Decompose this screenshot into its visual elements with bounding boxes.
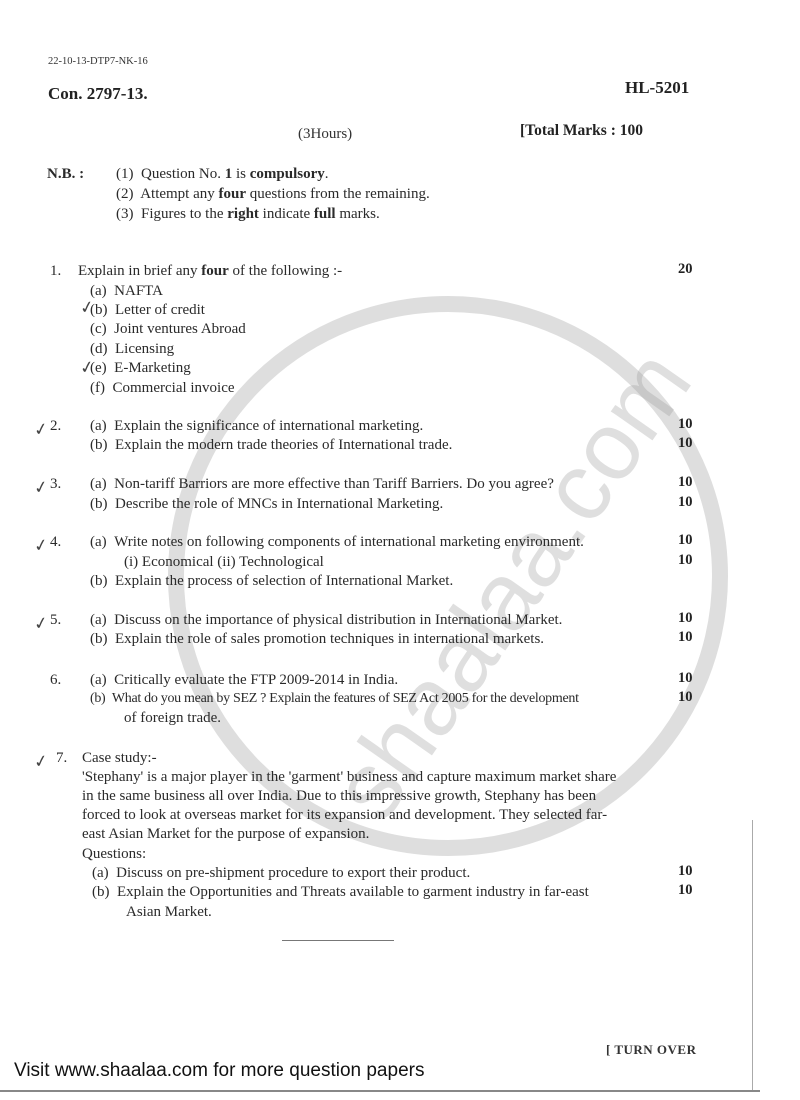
turn-over-label: [ TURN OVER: [606, 1042, 697, 1058]
handwritten-tick-icon: ✓: [32, 751, 50, 773]
item-label: (b): [90, 496, 108, 512]
question-1-item-c: (c) Joint ventures Abroad: [90, 321, 246, 338]
question-5b: (b) Explain the role of sales promotion …: [90, 631, 544, 648]
nb-text: questions from the remaining.: [246, 186, 430, 202]
nb-item-num: (1): [116, 166, 134, 182]
question-4a-marks: 10: [678, 532, 693, 549]
question-3b: (b) Describe the role of MNCs in Interna…: [90, 496, 443, 513]
question-1-marks: 20: [678, 261, 693, 278]
question-1-item-b: (b) Letter of credit: [90, 302, 205, 319]
question-5a: (a) Discuss on the importance of physica…: [90, 612, 562, 629]
question-7a-marks: 10: [678, 863, 693, 880]
nb-item-num: (2): [116, 186, 134, 202]
question-6-number: 6.: [50, 672, 61, 689]
item-text: Discuss on the importance of physical di…: [114, 612, 562, 628]
question-5-number: 5.: [50, 612, 61, 629]
item-label: (b): [90, 573, 108, 589]
exam-duration: (3Hours): [298, 126, 352, 143]
item-label: (b): [90, 437, 108, 453]
item-text: What do you mean by SEZ ? Explain the fe…: [112, 691, 579, 706]
question-6a-marks: 10: [678, 670, 693, 687]
handwritten-tick-icon: ✓: [32, 477, 50, 499]
nb-item-3: (3) Figures to the right indicate full m…: [116, 206, 380, 223]
nb-text: Question No.: [141, 166, 225, 182]
question-4a-sub: (i) Economical (ii) Technological: [124, 554, 324, 571]
question-4b: (b) Explain the process of selection of …: [90, 573, 453, 590]
con-number: Con. 2797-13.: [48, 84, 148, 104]
scan-edge-line: [752, 820, 753, 1092]
item-text: Commercial invoice: [113, 380, 235, 396]
question-1-number: 1.: [50, 263, 61, 280]
item-label: (a): [90, 418, 107, 434]
question-6a: (a) Critically evaluate the FTP 2009-201…: [90, 672, 398, 689]
question-2a-marks: 10: [678, 416, 693, 433]
footer-visit-link[interactable]: Visit www.shaalaa.com for more question …: [14, 1060, 424, 1082]
question-7-title: Case study:-: [82, 750, 157, 767]
case-study-line-1: 'Stephany' is a major player in the 'gar…: [82, 769, 616, 786]
question-6b: (b) What do you mean by SEZ ? Explain th…: [90, 691, 579, 707]
question-7b-marks: 10: [678, 882, 693, 899]
question-4a-sub-marks: 10: [678, 552, 693, 569]
question-1-stem: Explain in brief any four of the followi…: [78, 263, 342, 280]
nb-text: Figures to the: [141, 206, 227, 222]
nb-item-2: (2) Attempt any four questions from the …: [116, 186, 430, 203]
item-label: (a): [90, 672, 107, 688]
item-text: Licensing: [115, 341, 174, 357]
item-label: (a): [90, 476, 107, 492]
question-2b-marks: 10: [678, 435, 693, 452]
stem-text: of the following :-: [229, 263, 342, 279]
nb-text: is: [232, 166, 250, 182]
item-text: Explain the Opportunities and Threats av…: [117, 884, 589, 900]
question-1-item-d: (d) Licensing: [90, 341, 174, 358]
question-3-number: 3.: [50, 476, 61, 493]
question-7a: (a) Discuss on pre-shipment procedure to…: [92, 865, 470, 882]
nb-text: .: [325, 166, 329, 182]
document-code: 22-10-13-DTP7-NK-16: [48, 56, 148, 67]
question-4a: (a) Write notes on following components …: [90, 534, 584, 551]
question-5a-marks: 10: [678, 610, 693, 627]
item-text: Letter of credit: [115, 302, 205, 318]
nb-bold: right: [227, 206, 259, 222]
item-text: Describe the role of MNCs in Internation…: [115, 496, 443, 512]
question-3a-marks: 10: [678, 474, 693, 491]
item-text: Joint ventures Abroad: [114, 321, 246, 337]
end-divider: [282, 940, 394, 941]
nb-bold: four: [219, 186, 247, 202]
item-label: (d): [90, 341, 108, 357]
item-label: (b): [90, 631, 108, 647]
paper-code: HL-5201: [625, 78, 689, 98]
case-study-questions-label: Questions:: [82, 846, 146, 863]
question-2b: (b) Explain the modern trade theories of…: [90, 437, 452, 454]
nb-label: N.B. :: [47, 166, 84, 183]
item-text: Non-tariff Barriors are more effective t…: [114, 476, 554, 492]
item-text: NAFTA: [114, 283, 163, 299]
item-label: (a): [90, 534, 107, 550]
question-3b-marks: 10: [678, 494, 693, 511]
question-6b-marks: 10: [678, 689, 693, 706]
question-6b-continued: of foreign trade.: [124, 710, 221, 727]
nb-bold: full: [314, 206, 336, 222]
nb-text: Attempt any: [140, 186, 218, 202]
item-text: Explain the modern trade theories of Int…: [115, 437, 452, 453]
question-4-number: 4.: [50, 534, 61, 551]
item-label: (a): [92, 865, 109, 881]
bottom-rule: [0, 1090, 760, 1092]
item-text: Write notes on following components of i…: [114, 534, 584, 550]
case-study-line-2: in the same business all over India. Due…: [82, 788, 596, 805]
item-text: Discuss on pre-shipment procedure to exp…: [116, 865, 470, 881]
question-7b-continued: Asian Market.: [126, 904, 212, 921]
nb-item-num: (3): [116, 206, 134, 222]
nb-bold: compulsory: [250, 166, 325, 182]
question-3a: (a) Non-tariff Barriors are more effecti…: [90, 476, 554, 493]
nb-text: marks.: [336, 206, 380, 222]
item-text: Explain the role of sales promotion tech…: [115, 631, 544, 647]
question-1-item-e: (e) E-Marketing: [90, 360, 191, 377]
stem-text: Explain in brief any: [78, 263, 201, 279]
stem-bold: four: [201, 263, 229, 279]
question-2a: (a) Explain the significance of internat…: [90, 418, 423, 435]
item-label: (b): [92, 884, 110, 900]
question-5b-marks: 10: [678, 629, 693, 646]
handwritten-tick-icon: ✓: [32, 613, 50, 635]
item-text: E-Marketing: [114, 360, 191, 376]
question-1-item-a: (a) NAFTA: [90, 283, 163, 300]
question-7-number: 7.: [56, 750, 67, 767]
item-label: (a): [90, 612, 107, 628]
question-1-item-f: (f) Commercial invoice: [90, 380, 235, 397]
case-study-line-3: forced to look at overseas market for it…: [82, 807, 607, 824]
item-label: (f): [90, 380, 105, 396]
handwritten-tick-icon: ✓: [32, 419, 50, 441]
item-label: (b): [90, 691, 105, 706]
item-text: Explain the process of selection of Inte…: [115, 573, 453, 589]
question-2-number: 2.: [50, 418, 61, 435]
item-text: Explain the significance of internationa…: [114, 418, 423, 434]
nb-item-1: (1) Question No. 1 is compulsory.: [116, 166, 329, 183]
case-study-line-4: east Asian Market for the purpose of exp…: [82, 826, 369, 843]
handwritten-tick-icon: ✓: [78, 297, 96, 319]
nb-text: indicate: [259, 206, 314, 222]
question-7b: (b) Explain the Opportunities and Threat…: [92, 884, 589, 901]
item-text: Critically evaluate the FTP 2009-2014 in…: [114, 672, 398, 688]
item-label: (c): [90, 321, 107, 337]
total-marks: [Total Marks : 100: [520, 122, 643, 140]
handwritten-tick-icon: ✓: [32, 535, 50, 557]
